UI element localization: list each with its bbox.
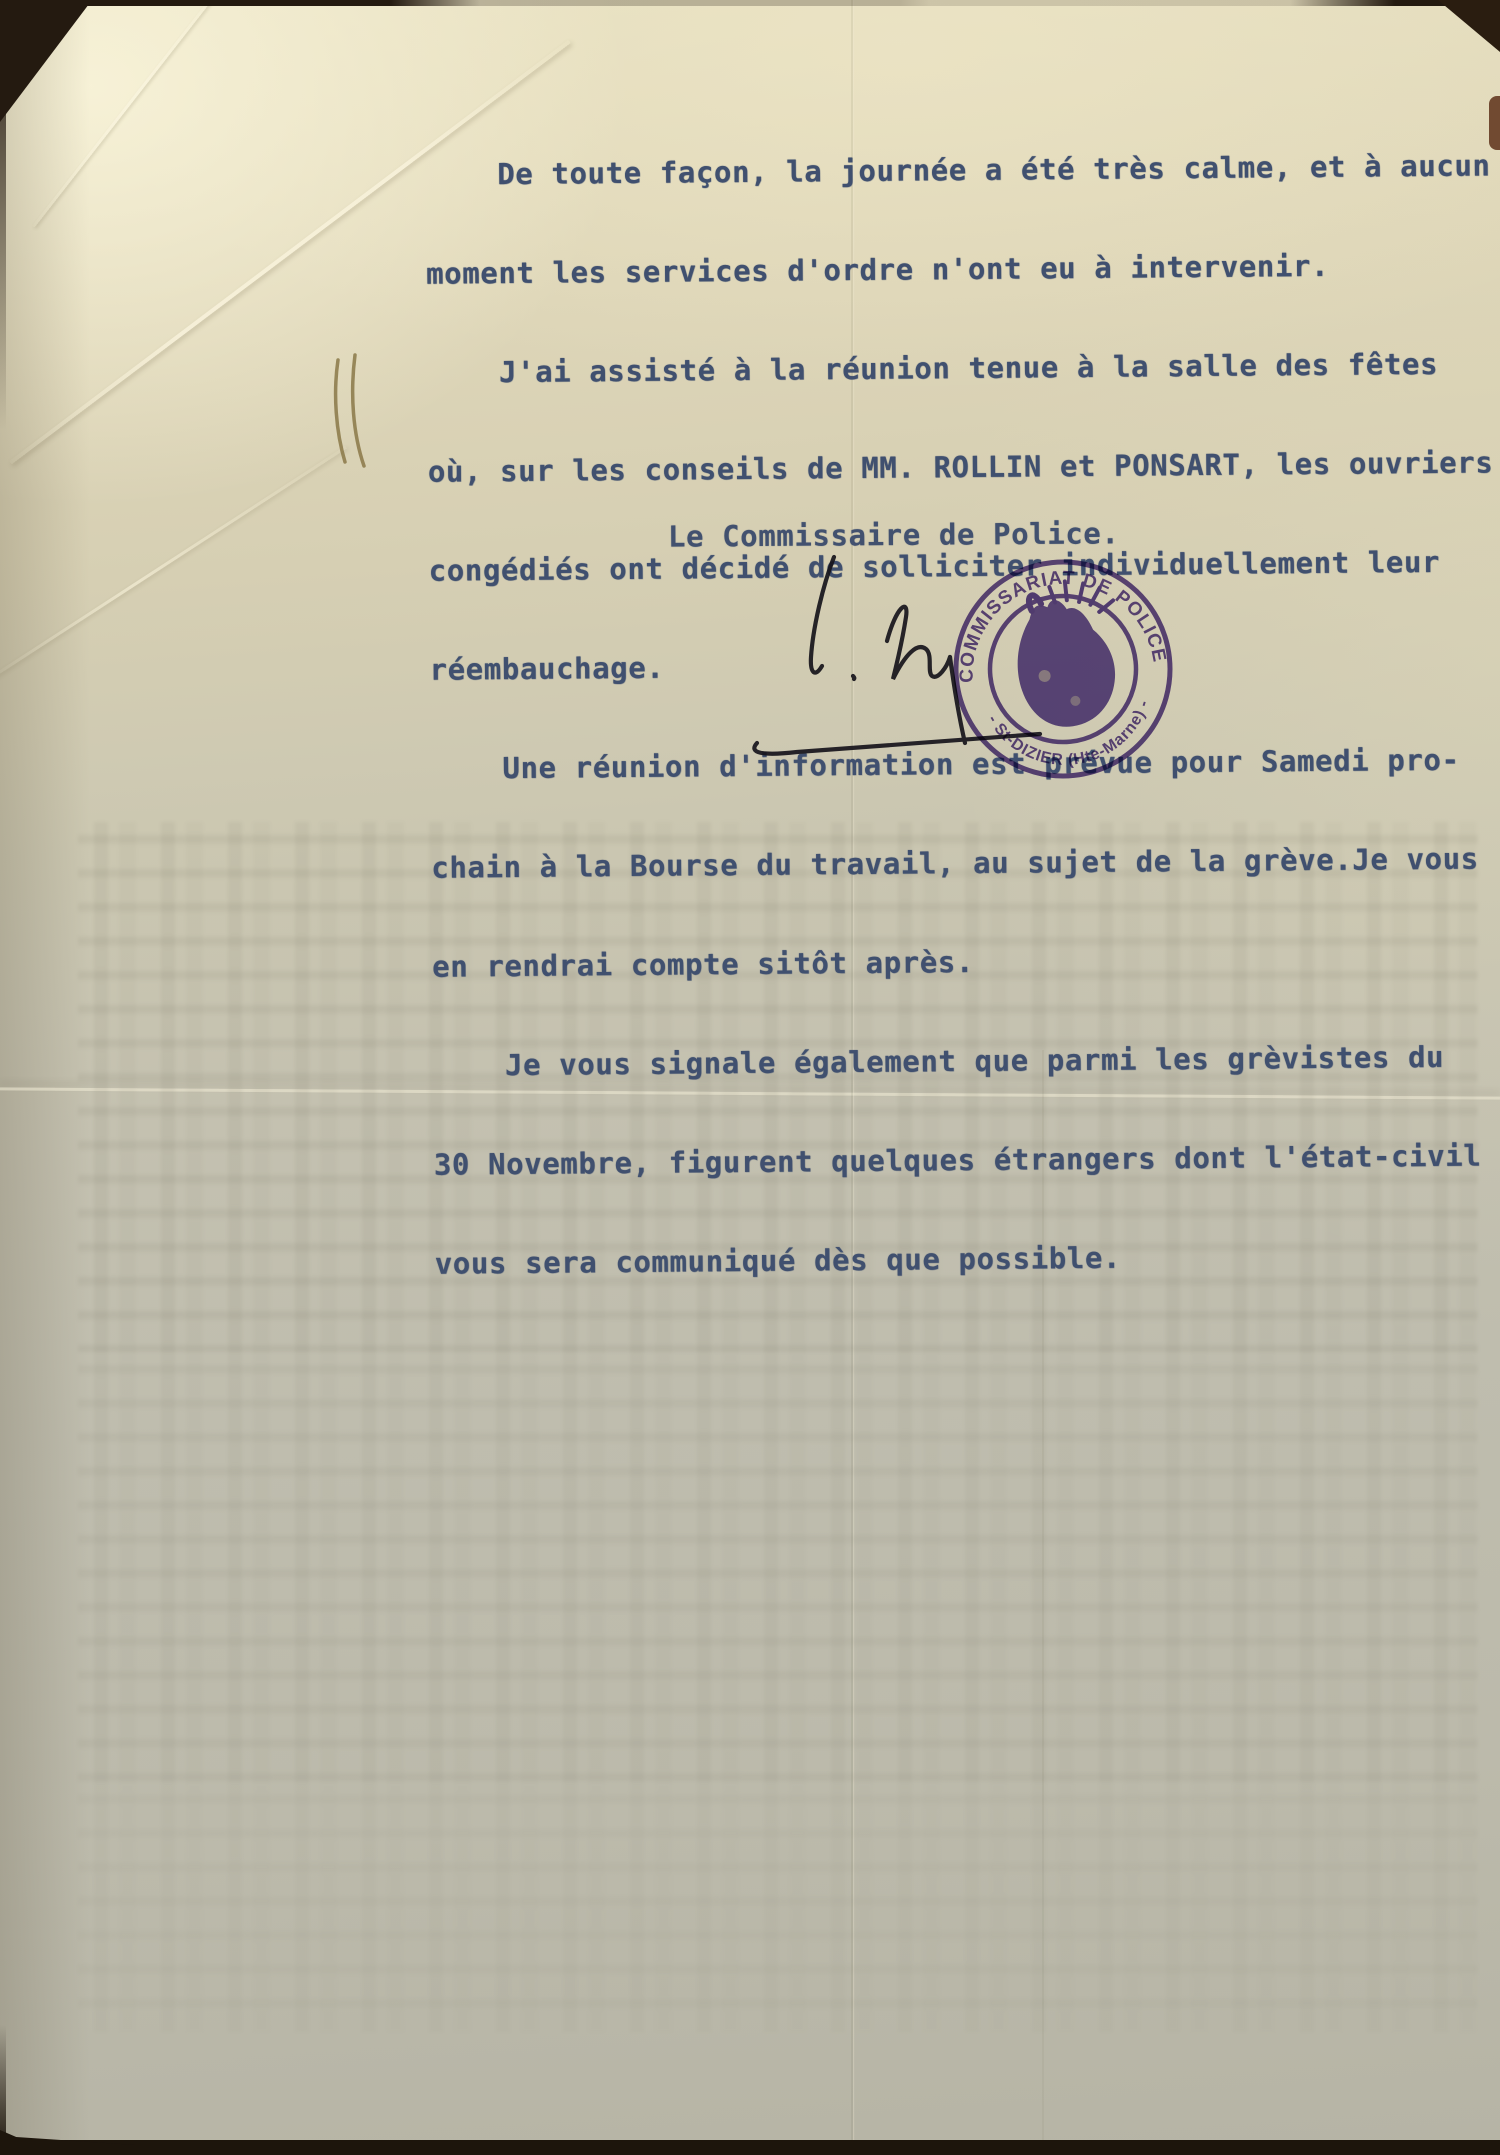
- police-round-stamp: COMMISSARIAT DE POLICE - St-DIZIER (Hte-…: [928, 534, 1198, 804]
- body-line: De toute façon, la journée a été très ca…: [425, 149, 1500, 191]
- body-line: J'ai assisté à la réunion tenue à la sal…: [427, 347, 1500, 389]
- scanned-document-photo: De toute façon, la journée a été très ca…: [0, 0, 1500, 2155]
- body-line: vous sera communiqué dès que possible.: [435, 1238, 1500, 1280]
- body-line: en rendrai compte sitôt après.: [432, 941, 1500, 983]
- margin-mark-strokes: [322, 352, 384, 470]
- body-line: Je vous signale également que parmi les …: [433, 1040, 1500, 1082]
- body-line: chain à la Bourse du travail, au sujet d…: [431, 842, 1500, 884]
- body-line: moment les services d'ordre n'ont eu à i…: [426, 248, 1500, 290]
- body-line: 30 Novembre, figurent quelques étrangers…: [434, 1139, 1500, 1181]
- body-line: où, sur les conseils de MM. ROLLIN et PO…: [428, 446, 1500, 488]
